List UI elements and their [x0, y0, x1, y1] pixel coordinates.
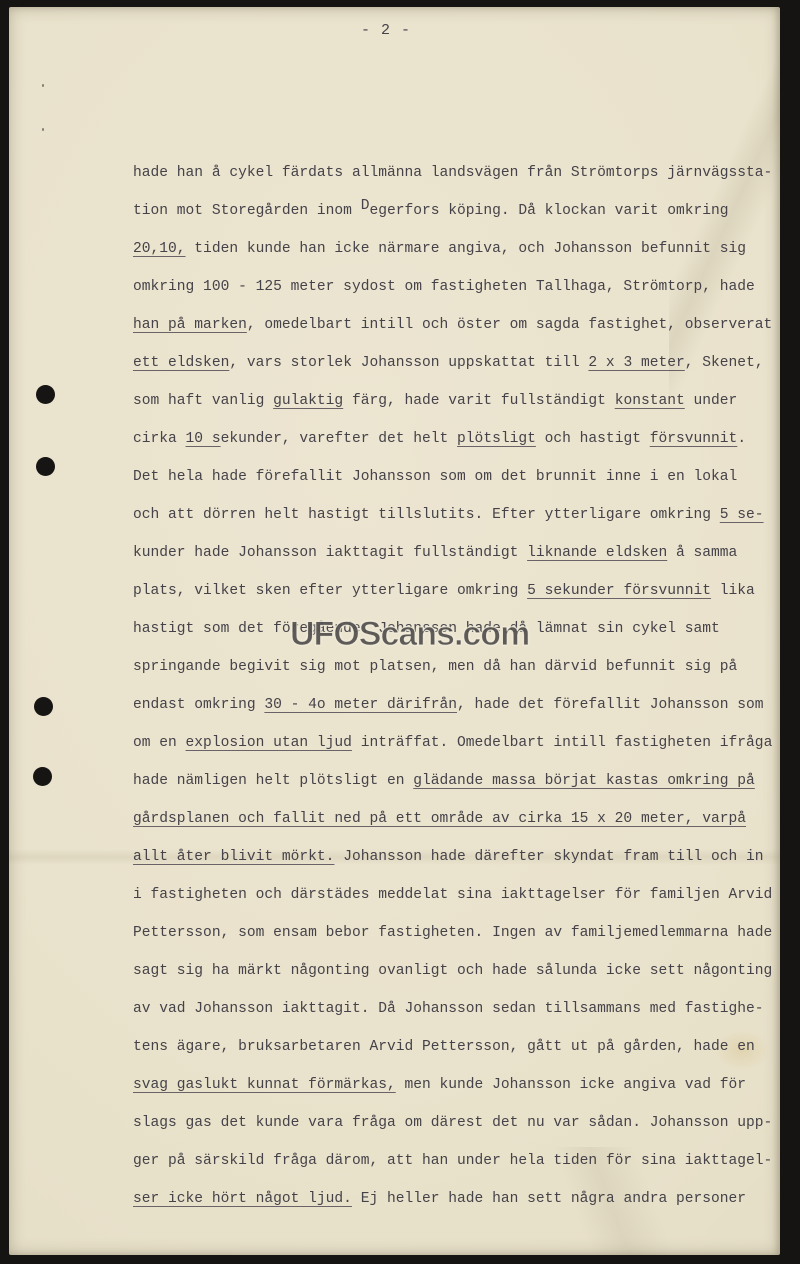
underlined-text-segment: försvunnit — [650, 431, 738, 447]
text-line: om en explosion utan ljud inträffat. Ome… — [133, 724, 793, 762]
scanned-document-viewport: { "page": { "number_label": "- 2 -", "wa… — [0, 0, 800, 1264]
underlined-text-segment: gårdsplanen och fallit ned på ett område… — [133, 811, 746, 827]
underlined-text-segment: glädande massa börjat kastas omkring på — [413, 773, 755, 789]
text-segment: cirka — [133, 431, 186, 447]
text-segment: , vars storlek Johansson uppskattat till — [229, 355, 588, 371]
text-segment: tens ägare, bruksarbetaren Arvid Petters… — [133, 1039, 755, 1055]
underlined-text-segment: ett eldsken — [133, 355, 229, 371]
text-segment: i fastigheten och därstädes meddelat sin… — [133, 887, 772, 903]
text-segment: färg, hade varit fullständigt — [343, 393, 615, 409]
underlined-text-segment: gulaktig — [273, 393, 343, 409]
text-line: svag gaslukt kunnat förmärkas, men kunde… — [133, 1066, 793, 1104]
text-line: 20,10, tiden kunde han icke närmare angi… — [133, 230, 793, 268]
text-segment: omkring 100 - 125 meter sydost om fastig… — [133, 279, 755, 295]
text-line: tens ägare, bruksarbetaren Arvid Petters… — [133, 1028, 793, 1066]
text-segment: Ej heller hade han sett några andra pers… — [352, 1191, 746, 1207]
text-line: hade nämligen helt plötsligt en glädande… — [133, 762, 793, 800]
text-line: tion mot Storegården inom Degerfors köpi… — [133, 192, 793, 230]
page-number: - 2 - — [361, 22, 411, 39]
text-segment: , Skenet, — [685, 355, 764, 371]
text-segment: plats, vilket sken efter ytterligare omk… — [133, 583, 527, 599]
text-line: sagt sig ha märkt någonting ovanligt och… — [133, 952, 793, 990]
underlined-text-segment: 5 sekunder försvunnit — [527, 583, 711, 599]
underlined-text-segment: allt åter blivit mörkt. — [133, 849, 334, 865]
text-segment: . — [737, 431, 746, 447]
text-segment: av vad Johansson iakttagit. Då Johansson… — [133, 1001, 764, 1017]
text-line: allt åter blivit mörkt. Johansson hade d… — [133, 838, 793, 876]
text-line: av vad Johansson iakttagit. Då Johansson… — [133, 990, 793, 1028]
text-segment: ekunder, varefter det helt — [221, 431, 457, 447]
text-line: han på marken, omedelbart intill och öst… — [133, 306, 793, 344]
text-line: endast omkring 30 - 4o meter därifrån, h… — [133, 686, 793, 724]
underlined-text-segment: 5 se- — [720, 507, 764, 523]
text-segment: lika — [711, 583, 755, 599]
text-line: i fastigheten och därstädes meddelat sin… — [133, 876, 793, 914]
text-segment: endast omkring — [133, 697, 264, 713]
text-line: cirka 10 sekunder, varefter det helt plö… — [133, 420, 793, 458]
underlined-text-segment: explosion utan ljud — [186, 735, 352, 751]
text-line: ger på särskild fråga därom, att han und… — [133, 1142, 793, 1180]
text-segment: Pettersson, som ensam bebor fastigheten.… — [133, 925, 772, 941]
text-segment: slags gas det kunde vara fråga om därest… — [133, 1115, 772, 1131]
underlined-text-segment: svag gaslukt kunnat förmärkas, — [133, 1077, 396, 1093]
text-segment: Johansson hade därefter skyndat fram til… — [334, 849, 763, 865]
text-line: omkring 100 - 125 meter sydost om fastig… — [133, 268, 793, 306]
underlined-text-segment: liknande eldsken — [527, 545, 667, 561]
underlined-text-segment: 30 - 4o meter därifrån — [264, 697, 457, 713]
underlined-text-segment: 2 x 3 meter — [588, 355, 684, 371]
text-segment: ger på särskild fråga därom, att han und… — [133, 1153, 772, 1169]
punch-hole — [36, 385, 55, 404]
text-line: ett eldsken, vars storlek Johansson upps… — [133, 344, 793, 382]
text-line: Det hela hade förefallit Johansson som o… — [133, 458, 793, 496]
text-segment: sagt sig ha märkt någonting ovanligt och… — [133, 963, 772, 979]
text-segment: som haft vanlig — [133, 393, 273, 409]
text-line: kunder hade Johansson iakttagit fullstän… — [133, 534, 793, 572]
underlined-text-segment: 20,10, — [133, 241, 186, 257]
underlined-text-segment: 10 s — [186, 431, 221, 447]
text-segment: och att dörren helt hastigt tillslutits.… — [133, 507, 720, 523]
punch-hole — [36, 457, 55, 476]
text-line: ser icke hört något ljud. Ej heller hade… — [133, 1180, 793, 1218]
paper-speck — [42, 128, 44, 131]
text-line: slags gas det kunde vara fråga om därest… — [133, 1104, 793, 1142]
underlined-text-segment: ser icke hört något ljud. — [133, 1191, 352, 1207]
text-line: hade han å cykel färdats allmänna landsv… — [133, 154, 793, 192]
paper-sheet: - 2 - hade han å cykel färdats allmänna … — [9, 7, 780, 1255]
text-segment: tiden kunde han icke närmare angiva, och… — [186, 241, 747, 257]
text-line: gårdsplanen och fallit ned på ett område… — [133, 800, 793, 838]
text-segment: D — [361, 198, 370, 214]
text-line: och att dörren helt hastigt tillslutits.… — [133, 496, 793, 534]
punch-hole — [34, 697, 53, 716]
text-segment: tion mot Storegården inom — [133, 203, 361, 219]
paper-speck — [42, 84, 44, 87]
body-text: hade han å cykel färdats allmänna landsv… — [133, 154, 793, 1218]
text-segment: hade han å cykel färdats allmänna landsv… — [133, 165, 772, 181]
punch-hole — [33, 767, 52, 786]
text-segment: egerfors köping. Då klockan varit omkrin… — [369, 203, 728, 219]
underlined-text-segment: plötsligt — [457, 431, 536, 447]
underlined-text-segment: konstant — [615, 393, 685, 409]
text-segment: Det hela hade förefallit Johansson som o… — [133, 469, 737, 485]
text-segment: , hade det förefallit Johansson som — [457, 697, 764, 713]
text-segment: inträffat. Omedelbart intill fastigheten… — [352, 735, 772, 751]
text-segment: under — [685, 393, 738, 409]
text-line: Pettersson, som ensam bebor fastigheten.… — [133, 914, 793, 952]
text-segment: springande begivit sig mot platsen, men … — [133, 659, 737, 675]
text-segment: men kunde Johansson icke angiva vad för — [396, 1077, 746, 1093]
text-segment: om en — [133, 735, 186, 751]
underlined-text-segment: han på marken — [133, 317, 247, 333]
text-segment: och hastigt — [536, 431, 650, 447]
text-segment: , omedelbart intill och öster om sagda f… — [247, 317, 772, 333]
text-line: plats, vilket sken efter ytterligare omk… — [133, 572, 793, 610]
text-segment: å samma — [667, 545, 737, 561]
text-line: som haft vanlig gulaktig färg, hade vari… — [133, 382, 793, 420]
text-segment: hade nämligen helt plötsligt en — [133, 773, 413, 789]
watermark: UFOScans.com — [290, 615, 529, 654]
text-segment: kunder hade Johansson iakttagit fullstän… — [133, 545, 527, 561]
